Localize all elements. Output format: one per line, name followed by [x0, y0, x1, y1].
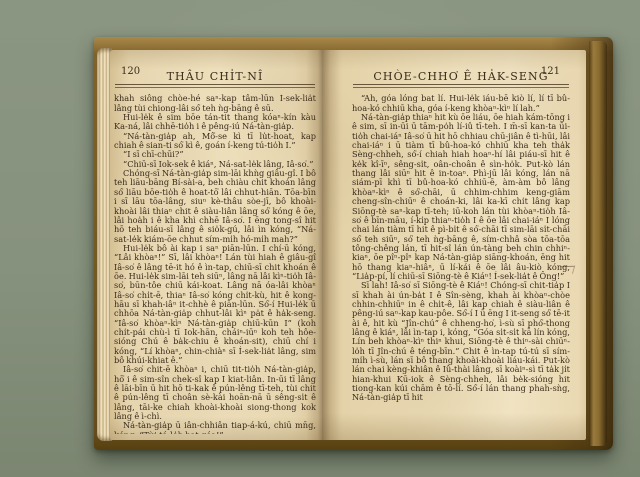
- right-page: CHÒE-CHHO͘ Ê HA̍K-SENG 121 “Ah, góa lóng…: [322, 50, 586, 440]
- paragraph: khah siông chòe-hé saⁿ-kap tâm-lūn Í-sek…: [114, 94, 316, 113]
- paragraph: Hui-le̍k ê sim bōe tán-tit thang kóaⁿ-kí…: [114, 113, 316, 132]
- left-page: 120 THÂU CHI̍T-NÎ khah siông chòe-hé saⁿ…: [110, 50, 322, 440]
- right-page-header: CHÒE-CHHO͘ Ê HA̍K-SENG 121: [352, 65, 570, 79]
- paragraph: “Ná-tàn-gia̍p ah, Mô͘-se kì tī lu̍t-hoat…: [114, 132, 316, 151]
- running-title: CHÒE-CHHO͘ Ê HA̍K-SENG: [373, 70, 548, 83]
- right-page-content: CHÒE-CHHO͘ Ê HA̍K-SENG 121 “Ah, góa lóng…: [322, 50, 586, 440]
- paragraph: Sī lah! Iâ-so͘ sī Siōng-tè ê Kiáⁿ! Chóng…: [352, 281, 570, 402]
- page-number: 120: [121, 66, 140, 77]
- page-body: “Ah, góa lóng bat lí. Hui-le̍k iáu-bē ki…: [352, 94, 570, 402]
- left-page-content: 120 THÂU CHI̍T-NÎ khah siông chòe-hé saⁿ…: [110, 50, 322, 440]
- page-number: 121: [541, 66, 560, 77]
- paragraph: Iâ-so͘ chit-ē khòaⁿ i, chiū tit-tio̍h Ná…: [114, 365, 316, 421]
- page-spread: 120 THÂU CHI̍T-NÎ khah siông chòe-hé saⁿ…: [110, 50, 586, 440]
- header-rule: [353, 84, 569, 88]
- paragraph: Chóng-sī Ná-tàn-gia̍p sim-lāi khǹg giâu-…: [114, 169, 316, 244]
- page-body: khah siông chòe-hé saⁿ-kap tâm-lūn Í-sek…: [114, 94, 316, 434]
- running-title: THÂU CHI̍T-NÎ: [167, 70, 264, 83]
- header-rule: [115, 84, 315, 88]
- paragraph: Ná-tàn-gia̍p thiaⁿ hit kù ōe liáu, ōe hi…: [352, 113, 570, 281]
- left-page-header: 120 THÂU CHI̍T-NÎ: [114, 65, 316, 79]
- book-cover-edge: [589, 41, 607, 446]
- paragraph: Ná-tàn-gia̍p ū iân-chhiân tiap-á-kú, chi…: [114, 421, 316, 434]
- paragraph: “Ah, góa lóng bat lí. Hui-le̍k iáu-bē ki…: [352, 94, 570, 113]
- open-book: 120 THÂU CHI̍T-NÎ khah siông chòe-hé saⁿ…: [94, 37, 613, 450]
- paragraph: Hui-le̍k bô ài kap i saⁿ piān-lūn. I chí…: [114, 244, 316, 365]
- photo-background: 120 THÂU CHI̍T-NÎ khah siông chòe-hé saⁿ…: [0, 0, 640, 477]
